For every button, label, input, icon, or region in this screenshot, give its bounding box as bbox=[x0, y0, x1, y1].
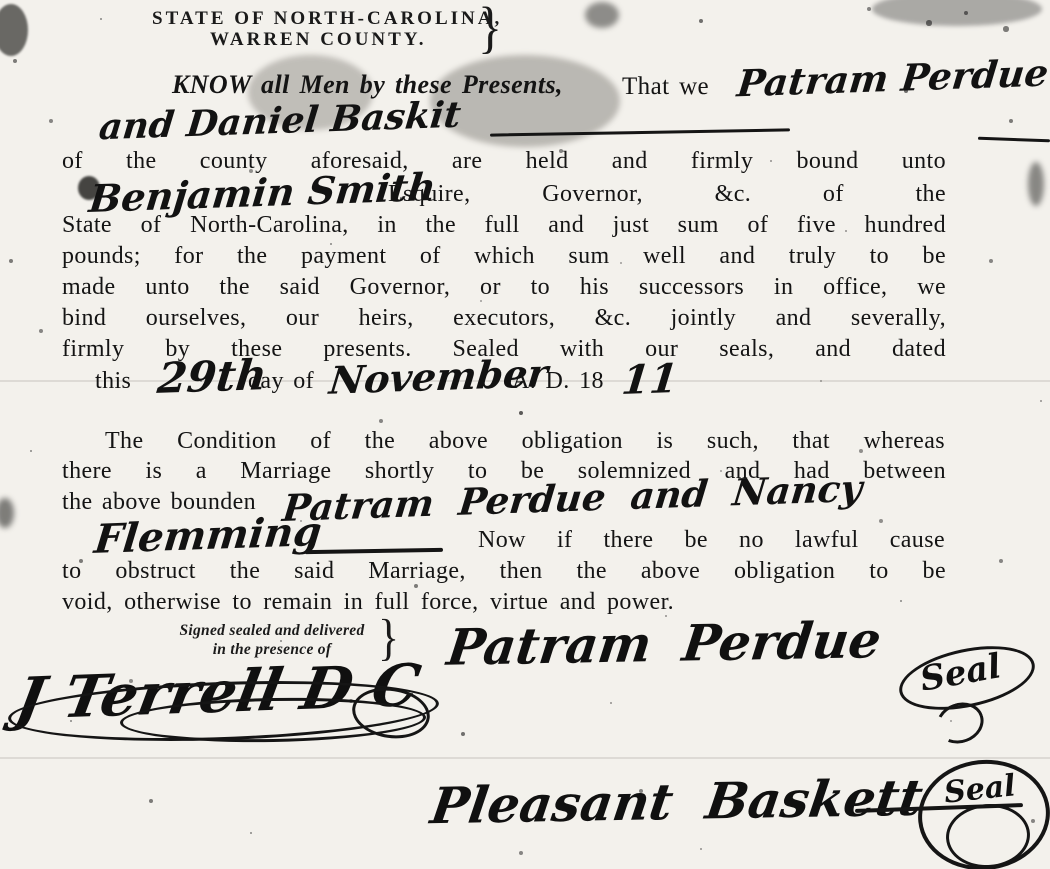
bond-line-8: bind ourselves, our heirs, executors, &c… bbox=[62, 305, 946, 332]
seal-2-text: Seal bbox=[942, 768, 1017, 810]
paper-speckles bbox=[0, 0, 2, 2]
bond-line-7: made unto the said Governor, or to his s… bbox=[62, 274, 946, 301]
header-brace: } bbox=[478, 0, 502, 60]
top-right-smudge bbox=[872, 0, 1042, 26]
condition-line-6: void, otherwise to remain in full force,… bbox=[62, 589, 674, 616]
handwritten-bondsman1: Patram Perdue bbox=[735, 51, 1050, 106]
edge-mark bbox=[0, 498, 14, 528]
ink-mark bbox=[585, 2, 619, 28]
blank-rule-short bbox=[978, 137, 1050, 143]
bond-line-3: of the county aforesaid, are held and fi… bbox=[62, 148, 946, 175]
bond-opening-italic: KNOW all Men by these Presents, bbox=[172, 70, 563, 100]
edge-mark bbox=[1028, 162, 1044, 206]
dated-day-of: day of bbox=[248, 368, 314, 395]
dated-ad: A. D. 18 bbox=[512, 368, 604, 395]
bond-line-5: State of North-Carolina, in the full and… bbox=[62, 212, 946, 239]
principal1-signature: Patram Perdue bbox=[444, 610, 885, 677]
bond-line-6: pounds; for the payment of which sum wel… bbox=[62, 243, 946, 270]
handwritten-bondsman2: and Daniel Baskit bbox=[97, 94, 463, 149]
header-county: WARREN COUNTY. bbox=[210, 29, 427, 51]
handwritten-year: 11 bbox=[619, 355, 680, 404]
condition-line-1: The Condition of the above obligation is… bbox=[105, 428, 945, 455]
condition-line-5: to obstruct the said Marriage, then the … bbox=[62, 558, 946, 585]
blank-rule bbox=[305, 548, 443, 554]
header-state: STATE OF NORTH-CAROLINA, bbox=[152, 8, 502, 30]
seal-1: Seal bbox=[898, 645, 1048, 750]
fold-line-lower bbox=[0, 757, 1050, 759]
bond-line-4: Esquire, Governor, &c. of the bbox=[388, 181, 946, 208]
marriage-bond-document: STATE OF NORTH-CAROLINA, WARREN COUNTY. … bbox=[0, 0, 1050, 869]
handwritten-bride-surname: Flemming bbox=[92, 508, 324, 563]
seal-2: Seal bbox=[918, 760, 1050, 869]
dated-this: this bbox=[95, 368, 131, 395]
bond-opening-roman: That we bbox=[622, 73, 709, 101]
condition-line-4-print: Now if there be no lawful cause bbox=[478, 527, 945, 554]
attestation-line-1: Signed sealed and delivered bbox=[158, 621, 386, 640]
principal2-signature: Pleasant Baskett bbox=[427, 768, 926, 836]
corner-mark bbox=[0, 4, 28, 56]
